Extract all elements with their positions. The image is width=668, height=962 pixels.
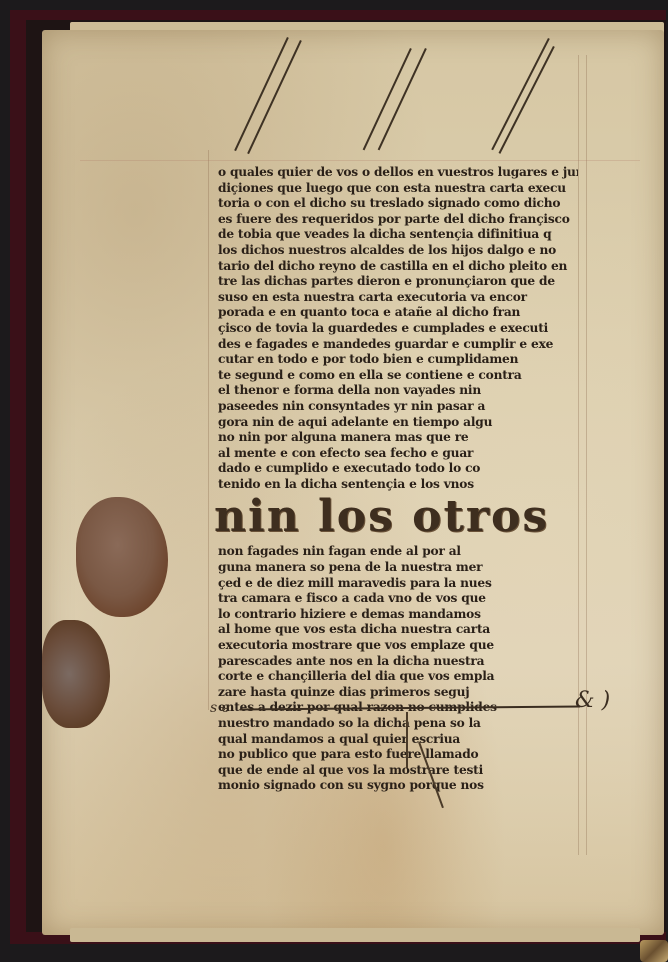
text-line: tra camara e fisco a cada vno de vos que (218, 591, 578, 607)
text-line: parescades ante nos en la dicha nuestra (218, 654, 578, 670)
text-line: corte e chançilleria del dia que vos emp… (218, 669, 578, 685)
text-line: no publico que para esto fuere llamado (218, 747, 578, 763)
text-line: los dichos nuestros alcaldes de los hijo… (218, 243, 578, 259)
text-line: cutar en todo e por todo bien e cumplida… (218, 352, 578, 368)
text-line: tenido en la dicha sentençia e los vnos (218, 477, 578, 493)
text-line: monio signado con su sygno porque nos (218, 778, 578, 794)
stain (76, 497, 168, 617)
text-line: lo contrario hiziere e demas mandamos (218, 607, 578, 623)
ruling-line-right2 (586, 55, 587, 855)
text-line: zare hasta quinze dias primeros seguj (218, 685, 578, 701)
text-line: des e fagades e mandedes guardar e cumpl… (218, 337, 578, 353)
text-line: executoria mostrare que vos emplaze que (218, 638, 578, 654)
text-line: dado e cumplido e executado todo lo co (218, 461, 578, 477)
text-line: diçiones que luego que con esta nuestra … (218, 181, 578, 197)
text-line: çisco de tovia la guardedes e cumplades … (218, 321, 578, 337)
manuscript-text: o quales quier de vos o dellos en vuestr… (218, 165, 578, 794)
ruling-line-top (80, 160, 640, 161)
text-line: es fuere des requeridos por parte del di… (218, 212, 578, 228)
text-line: guna manera so pena de la nuestra mer (218, 560, 578, 576)
text-line: paseedes nin consyntades yr nin pasar a (218, 399, 578, 415)
text-line: no nin por alguna manera mas que re (218, 430, 578, 446)
text-line: gora nin de aqui adelante en tiempo algu (218, 415, 578, 431)
ruling-line-right (578, 55, 579, 855)
display-line: nin los otros (214, 494, 578, 540)
text-line: suso en esta nuestra carta executoria va… (218, 290, 578, 306)
margin-mark-right: & ) (575, 688, 610, 713)
ruling-line-left (208, 150, 209, 710)
text-line: que de ende al que vos la mostrare testi (218, 763, 578, 779)
text-line: al home que vos esta dicha nuestra carta (218, 622, 578, 638)
bookmark-tassel (640, 940, 668, 962)
stain (42, 620, 110, 728)
page-edge-bottom (70, 928, 640, 942)
notary-flourish (406, 712, 408, 768)
text-line: tre las dichas partes dieron e pronunçia… (218, 274, 578, 290)
text-line: çed e de diez mill maravedis para la nue… (218, 576, 578, 592)
text-line: nuestro mandado so la dicha pena so la (218, 716, 578, 732)
text-line: el thenor e forma della non vayades nin (218, 383, 578, 399)
margin-mark-left: s e (210, 700, 230, 716)
text-line: qual mandamos a qual quier escriua (218, 732, 578, 748)
text-line: te segund e como en ella se contiene e c… (218, 368, 578, 384)
text-line: porada e en quanto toca e atañe al dicho… (218, 305, 578, 321)
text-line: de tobia que veades la dicha sentençia d… (218, 227, 578, 243)
text-line: toria o con el dicho su treslado signado… (218, 196, 578, 212)
text-line: non fagades nin fagan ende al por al (218, 544, 578, 560)
text-line: tario del dicho reyno de castilla en el … (218, 259, 578, 275)
text-line: al mente e con efecto sea fecho e guar (218, 446, 578, 462)
text-line: o quales quier de vos o dellos en vuestr… (218, 165, 578, 181)
